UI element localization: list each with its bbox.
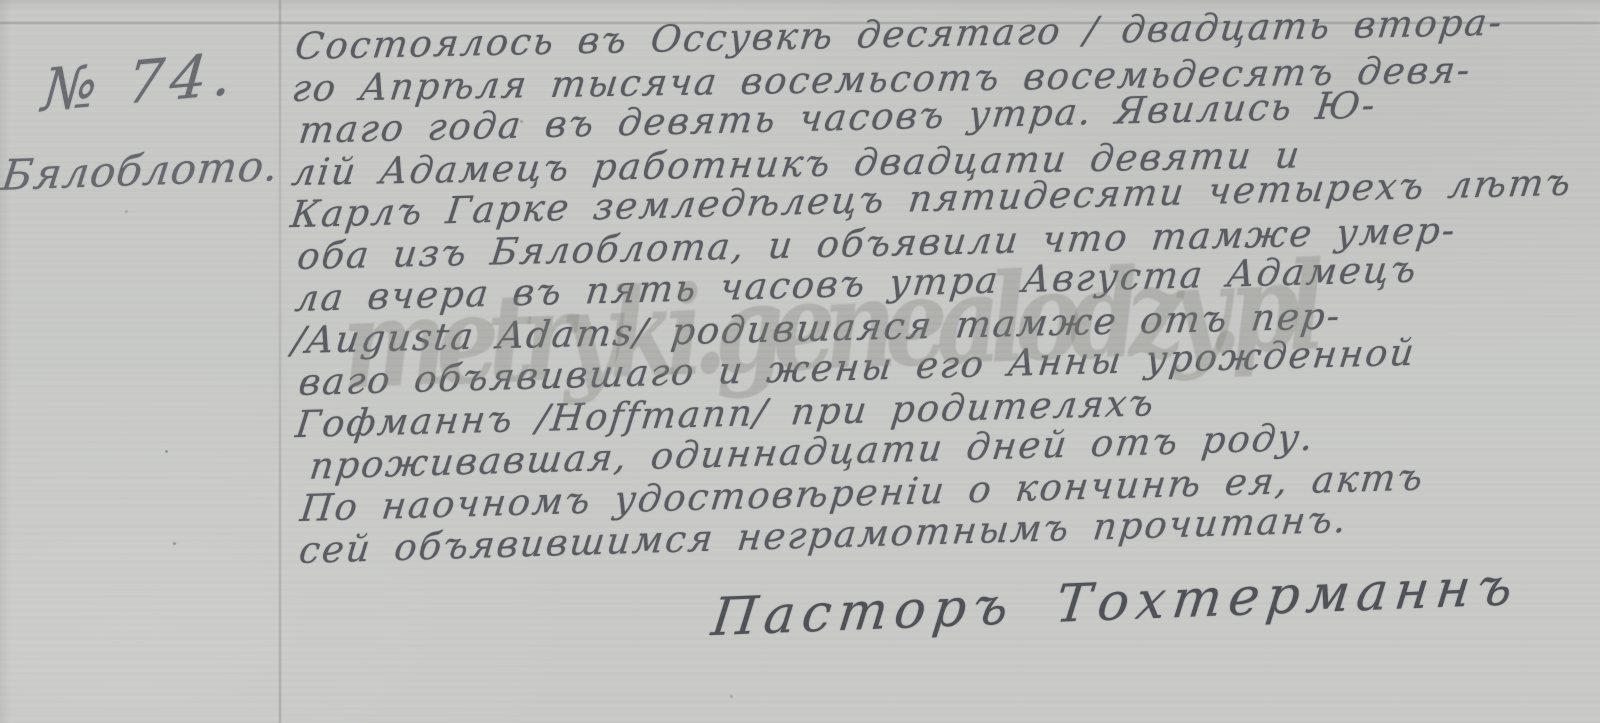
record-text-block: Состоялось въ Оссувкѣ десятаго / двадцат… bbox=[292, 0, 1600, 572]
vertical-fold-crease bbox=[279, 0, 281, 723]
margin-place-name: Бялоблото. bbox=[0, 141, 282, 200]
page-left-edge-shadow bbox=[0, 0, 10, 723]
scanned-register-page: № 74. Бялоблото. Состоялось въ Оссувкѣ д… bbox=[0, 0, 1600, 723]
record-number: № 74. bbox=[39, 39, 240, 125]
registrar-signature: Пасторъ Тохтерманнъ bbox=[708, 557, 1522, 648]
paper-specks bbox=[165, 450, 168, 453]
